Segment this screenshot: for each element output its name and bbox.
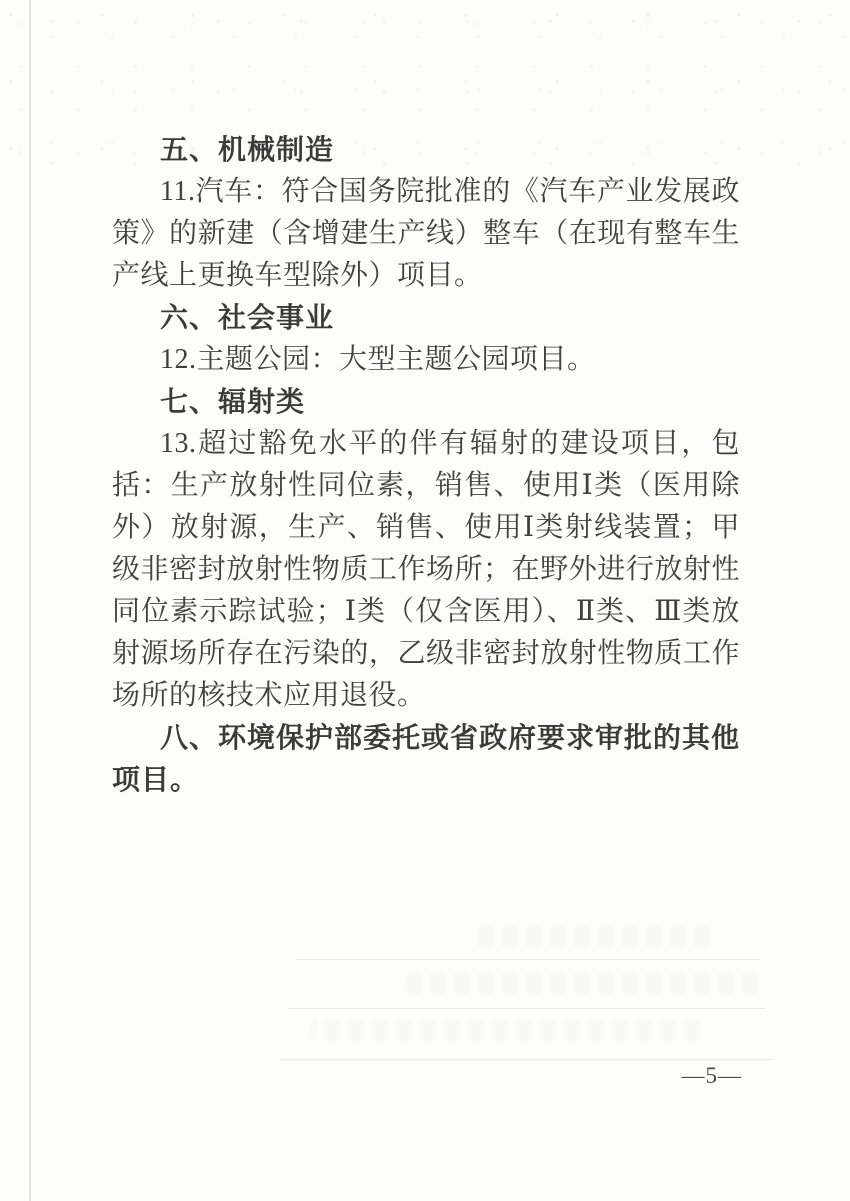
bleedthrough-line-artifact [288,1008,766,1009]
bleedthrough-line-artifact [280,1059,772,1060]
section-heading-radiation: 七、辐射类 [112,381,740,423]
section-heading-social-affairs: 六、社会事业 [112,297,740,339]
list-item-13-radiation-projects: 13.超过豁免水平的伴有辐射的建设项目，包括：生产放射性同位素，销售、使用Ⅰ类（… [112,423,740,717]
bleedthrough-text-artifact [470,926,710,948]
bleedthrough-text-artifact [312,1020,700,1042]
document-body: 五、机械制造 11.汽车：符合国务院批准的《汽车产业发展政策》的新建（含增建生产… [112,129,740,801]
bleedthrough-text-artifact [408,972,758,994]
scan-edge-artifact [29,0,31,1201]
list-item-11-automobile: 11.汽车：符合国务院批准的《汽车产业发展政策》的新建（含增建生产线）整车（在现… [112,171,740,297]
list-item-12-theme-park: 12.主题公园：大型主题公园项目。 [112,339,740,381]
section-heading-machinery: 五、机械制造 [112,129,740,171]
scanned-page: 五、机械制造 11.汽车：符合国务院批准的《汽车产业发展政策》的新建（含增建生产… [0,0,850,1201]
section-heading-other-projects: 八、环境保护部委托或省政府要求审批的其他项目。 [112,717,740,801]
page-number: —5— [0,1063,742,1089]
bleedthrough-line-artifact [296,959,760,960]
